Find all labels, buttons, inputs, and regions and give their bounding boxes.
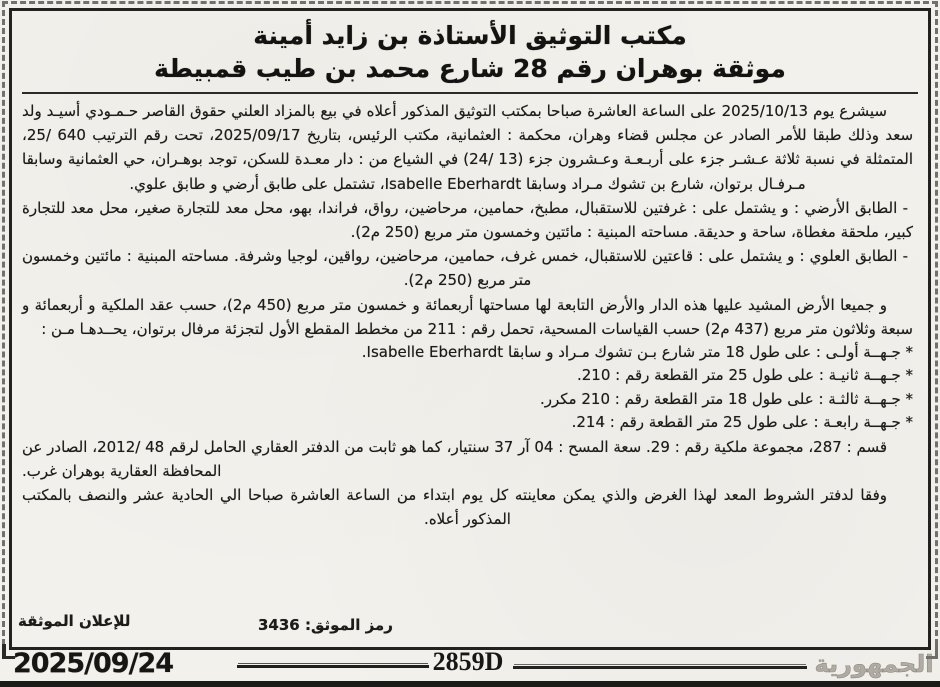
ad-reference-number: 2859D [431, 647, 505, 677]
notary-office-address: موثقة بوهران رقم 28 شارع محمد بن طيب قمب… [22, 52, 918, 85]
bottom-right-corner-mark [926, 644, 938, 659]
paragraph-conditions-book: وفقا لدفتر الشروط المعد لهذا الغرض والذي… [22, 483, 913, 531]
page-bottom-rule [0, 681, 940, 687]
notice-body: سيشرع يوم 2025/10/13 على الساعة العاشرة … [12, 94, 928, 531]
notary-office-title: مكتب التوثيق الأستاذة بن زايد أمينة [22, 19, 918, 52]
divider-line-left [237, 665, 429, 668]
bottom-left-corner-mark [2, 644, 15, 659]
newspaper-logo: الجمهورية [814, 650, 934, 678]
boundary-item-second: * جـهــة ثانيـة : على طول 25 متر القطعة … [22, 364, 913, 387]
ad-inner-border-box: مكتب التوثيق الأستاذة بن زايد أمينة موثق… [9, 8, 931, 650]
divider-line-right [513, 666, 807, 669]
notary-signature-label: للإعلان الموثقة [18, 612, 130, 630]
paragraph-land-area: و جميعا الأرض المشيد عليها هذه الدار وال… [22, 293, 913, 341]
publication-date: 2025/09/24 [13, 648, 173, 679]
boundaries-list: * جـهــة أولـى : على طول 18 متر شارع بـن… [22, 341, 913, 435]
paragraph-cadastral-section: قسم : 287، مجموعة ملكية رقم : 29. سعة ال… [22, 435, 913, 483]
boundary-item-third: * جـهــة ثالثـة : على طول 18 متر القطعة … [22, 388, 913, 411]
paragraph-auction-intro: سيشرع يوم 2025/10/13 على الساعة العاشرة … [22, 99, 913, 196]
notary-code-label: رمز الموثق: 3436 [258, 616, 393, 634]
paragraph-upper-floor: - الطابق العلوي : و يشتمل على : قاعتين ل… [22, 244, 913, 292]
boundary-item-first: * جـهــة أولـى : على طول 18 متر شارع بـن… [22, 341, 913, 364]
notice-header: مكتب التوثيق الأستاذة بن زايد أمينة موثق… [22, 14, 918, 94]
boundary-item-fourth: * جـهــة رابعـة : على طول 25 متر القطعة … [22, 411, 913, 434]
newspaper-legal-notice-page: مكتب التوثيق الأستاذة بن زايد أمينة موثق… [0, 0, 940, 687]
paragraph-ground-floor: - الطابق الأرضي : و يشتمل على : غرفتين ل… [22, 196, 913, 244]
